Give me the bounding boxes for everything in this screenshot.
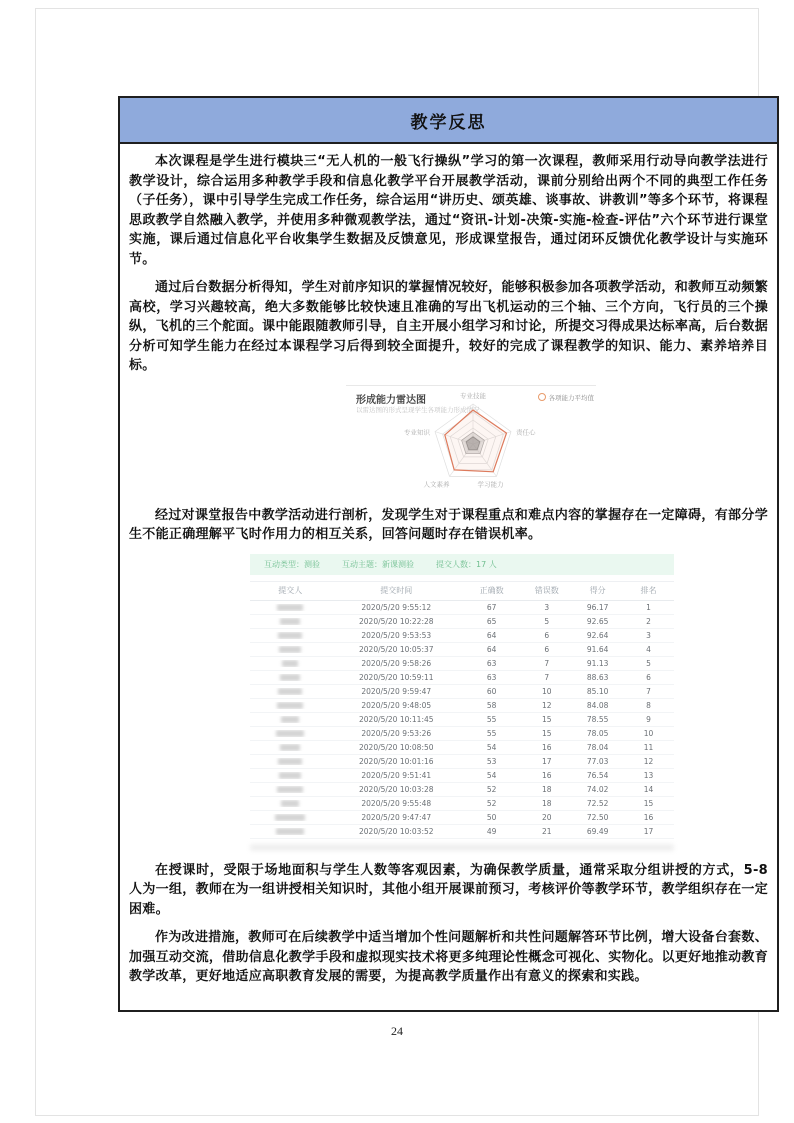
wrong-count: 18 xyxy=(521,785,572,794)
submit-time: 2020/5/20 9:58:26 xyxy=(331,659,462,668)
submit-time: 2020/5/20 9:53:26 xyxy=(331,729,462,738)
wrong-count: 5 xyxy=(521,617,572,626)
score: 84.08 xyxy=(572,701,623,710)
rank: 6 xyxy=(623,673,674,682)
quiz-table-header: 提交人提交时间正确数错误数得分排名 xyxy=(250,582,674,601)
paragraph-teaching-constraints: 在授课时，受限于场地面积与学生人数等客观因素，为确保教学质量，通常采取分组讲授的… xyxy=(129,861,768,920)
submitter-name-redacted xyxy=(250,758,331,765)
radar-plot: 专业技能责任心学习能力人文素养专业知识 xyxy=(346,386,596,498)
submit-time: 2020/5/20 10:05:37 xyxy=(331,645,462,654)
wrong-count: 12 xyxy=(521,701,572,710)
rank: 4 xyxy=(623,645,674,654)
table-row: 2020/5/20 9:53:26551578.0510 xyxy=(250,727,674,741)
column-header: 排名 xyxy=(623,585,674,596)
document-page: 教学反思 本次课程是学生进行模块三“无人机的一般飞行操纵”学习的第一次课程，教师… xyxy=(0,0,794,1123)
wrong-count: 7 xyxy=(521,659,572,668)
paragraph-course-intro: 本次课程是学生进行模块三“无人机的一般飞行操纵”学习的第一次课程，教师采用行动导… xyxy=(129,152,768,269)
rank: 11 xyxy=(623,743,674,752)
wrong-count: 17 xyxy=(521,757,572,766)
rank: 7 xyxy=(623,687,674,696)
table-row: 2020/5/20 10:11:45551578.559 xyxy=(250,713,674,727)
wrong-count: 15 xyxy=(521,715,572,724)
correct-count: 64 xyxy=(462,645,521,654)
correct-count: 60 xyxy=(462,687,521,696)
quiz-topic-label: 互动主题：新课测验 xyxy=(342,559,414,570)
score: 77.03 xyxy=(572,757,623,766)
svg-text:专业知识: 专业知识 xyxy=(404,427,431,436)
table-row: 2020/5/20 9:59:47601085.107 xyxy=(250,685,674,699)
wrong-count: 18 xyxy=(521,799,572,808)
submitter-name-redacted xyxy=(250,632,331,639)
correct-count: 63 xyxy=(462,659,521,668)
submitter-name-redacted xyxy=(250,800,331,807)
table-row: 2020/5/20 10:03:28521874.0214 xyxy=(250,783,674,797)
submitter-name-redacted xyxy=(250,786,331,793)
table-row: 2020/5/20 9:55:48521872.5215 xyxy=(250,797,674,811)
submitter-name-redacted xyxy=(250,828,331,835)
submit-time: 2020/5/20 10:03:28 xyxy=(331,785,462,794)
score: 76.54 xyxy=(572,771,623,780)
correct-count: 52 xyxy=(462,785,521,794)
table-row: 2020/5/20 10:03:52492169.4917 xyxy=(250,825,674,839)
radar-chart: 形成能力雷达图 以雷达图的形式呈现学生各项能力形成情况 各项能力平均值 专业技能… xyxy=(346,385,596,498)
table-row: 2020/5/20 9:53:5364692.643 xyxy=(250,629,674,643)
submitter-name-redacted xyxy=(250,744,331,751)
submit-time: 2020/5/20 10:03:52 xyxy=(331,827,462,836)
submitter-name-redacted xyxy=(250,674,331,681)
svg-text:责任心: 责任心 xyxy=(516,427,536,436)
paragraph-report-analysis: 经过对课堂报告中教学活动进行剖析，发现学生对于课程重点和难点内容的掌握存在一定障… xyxy=(129,506,768,545)
table-row: 2020/5/20 9:58:2663791.135 xyxy=(250,657,674,671)
quiz-type-label: 互动类型：测验 xyxy=(264,559,320,570)
score: 96.17 xyxy=(572,603,623,612)
rank: 12 xyxy=(623,757,674,766)
submitter-name-redacted xyxy=(250,604,331,611)
submit-time: 2020/5/20 9:51:41 xyxy=(331,771,462,780)
table-row: 2020/5/20 9:48:05581284.088 xyxy=(250,699,674,713)
submit-time: 2020/5/20 9:55:48 xyxy=(331,799,462,808)
table-row: 2020/5/20 10:05:3764691.644 xyxy=(250,643,674,657)
correct-count: 63 xyxy=(462,673,521,682)
score: 91.13 xyxy=(572,659,623,668)
score: 88.63 xyxy=(572,673,623,682)
submit-time: 2020/5/20 10:01:16 xyxy=(331,757,462,766)
score: 72.50 xyxy=(572,813,623,822)
wrong-count: 21 xyxy=(521,827,572,836)
wrong-count: 3 xyxy=(521,603,572,612)
column-header: 提交时间 xyxy=(331,585,462,596)
score: 92.65 xyxy=(572,617,623,626)
column-header: 提交人 xyxy=(250,585,331,596)
correct-count: 67 xyxy=(462,603,521,612)
submit-time: 2020/5/20 10:11:45 xyxy=(331,715,462,724)
submit-time: 2020/5/20 10:08:50 xyxy=(331,743,462,752)
section-header: 教学反思 xyxy=(120,98,777,144)
quiz-table-body: 2020/5/20 9:55:1267396.1712020/5/20 10:2… xyxy=(250,601,674,839)
correct-count: 65 xyxy=(462,617,521,626)
correct-count: 54 xyxy=(462,771,521,780)
score: 78.04 xyxy=(572,743,623,752)
score: 78.05 xyxy=(572,729,623,738)
rank: 16 xyxy=(623,813,674,822)
submit-time: 2020/5/20 9:48:05 xyxy=(331,701,462,710)
correct-count: 58 xyxy=(462,701,521,710)
wrong-count: 16 xyxy=(521,771,572,780)
submitter-name-redacted xyxy=(250,716,331,723)
reflection-body: 本次课程是学生进行模块三“无人机的一般飞行操纵”学习的第一次课程，教师采用行动导… xyxy=(120,144,777,1010)
column-header: 错误数 xyxy=(521,585,572,596)
wrong-count: 16 xyxy=(521,743,572,752)
column-header: 正确数 xyxy=(462,585,521,596)
rank: 2 xyxy=(623,617,674,626)
quiz-info-bar: 互动类型：测验 互动主题：新课测验 提交人数：17 人 xyxy=(250,554,674,575)
svg-text:学习能力: 学习能力 xyxy=(478,479,504,488)
wrong-count: 7 xyxy=(521,673,572,682)
submitter-name-redacted xyxy=(250,618,331,625)
submit-time: 2020/5/20 9:47:47 xyxy=(331,813,462,822)
table-row: 2020/5/20 10:59:1163788.636 xyxy=(250,671,674,685)
submitter-name-redacted xyxy=(250,702,331,709)
score: 91.64 xyxy=(572,645,623,654)
submitter-name-redacted xyxy=(250,772,331,779)
submit-time: 2020/5/20 9:53:53 xyxy=(331,631,462,640)
rank: 3 xyxy=(623,631,674,640)
score: 72.52 xyxy=(572,799,623,808)
reflection-table: 教学反思 本次课程是学生进行模块三“无人机的一般飞行操纵”学习的第一次课程，教师… xyxy=(118,96,779,1012)
submitter-name-redacted xyxy=(250,688,331,695)
correct-count: 54 xyxy=(462,743,521,752)
correct-count: 55 xyxy=(462,729,521,738)
submit-time: 2020/5/20 10:59:11 xyxy=(331,673,462,682)
correct-count: 55 xyxy=(462,715,521,724)
table-row: 2020/5/20 10:22:2865592.652 xyxy=(250,615,674,629)
rank: 9 xyxy=(623,715,674,724)
quiz-report: 互动类型：测验 互动主题：新课测验 提交人数：17 人 提交人提交时间正确数错误… xyxy=(250,554,674,851)
rank: 8 xyxy=(623,701,674,710)
wrong-count: 6 xyxy=(521,631,572,640)
correct-count: 64 xyxy=(462,631,521,640)
quiz-table: 提交人提交时间正确数错误数得分排名 2020/5/20 9:55:1267396… xyxy=(250,581,674,839)
rank: 14 xyxy=(623,785,674,794)
score: 85.10 xyxy=(572,687,623,696)
submit-time: 2020/5/20 10:22:28 xyxy=(331,617,462,626)
table-row: 2020/5/20 9:47:47502072.5016 xyxy=(250,811,674,825)
score: 69.49 xyxy=(572,827,623,836)
svg-text:人文素养: 人文素养 xyxy=(424,479,451,488)
score: 78.55 xyxy=(572,715,623,724)
submit-time: 2020/5/20 9:55:12 xyxy=(331,603,462,612)
quiz-count-label: 提交人数：17 人 xyxy=(436,559,497,570)
wrong-count: 10 xyxy=(521,687,572,696)
paragraph-improvements: 作为改进措施，教师可在后续教学中适当增加个性问题解析和共性问题解答环节比例，增大… xyxy=(129,928,768,987)
score: 74.02 xyxy=(572,785,623,794)
correct-count: 53 xyxy=(462,757,521,766)
submitter-name-redacted xyxy=(250,814,331,821)
paragraph-data-analysis: 通过后台数据分析得知，学生对前序知识的掌握情况较好，能够积极参加各项教学活动，和… xyxy=(129,278,768,376)
correct-count: 49 xyxy=(462,827,521,836)
blurred-footer xyxy=(250,844,674,851)
rank: 10 xyxy=(623,729,674,738)
correct-count: 52 xyxy=(462,799,521,808)
wrong-count: 15 xyxy=(521,729,572,738)
table-row: 2020/5/20 10:08:50541678.0411 xyxy=(250,741,674,755)
table-row: 2020/5/20 9:51:41541676.5413 xyxy=(250,769,674,783)
wrong-count: 20 xyxy=(521,813,572,822)
submit-time: 2020/5/20 9:59:47 xyxy=(331,687,462,696)
page-title: 教学反思 xyxy=(411,108,487,133)
score: 92.64 xyxy=(572,631,623,640)
rank: 17 xyxy=(623,827,674,836)
submitter-name-redacted xyxy=(250,730,331,737)
submitter-name-redacted xyxy=(250,660,331,667)
rank: 13 xyxy=(623,771,674,780)
correct-count: 50 xyxy=(462,813,521,822)
rank: 15 xyxy=(623,799,674,808)
svg-text:专业技能: 专业技能 xyxy=(460,391,487,400)
wrong-count: 6 xyxy=(521,645,572,654)
page-number: 24 xyxy=(0,1024,794,1039)
table-row: 2020/5/20 10:01:16531777.0312 xyxy=(250,755,674,769)
rank: 5 xyxy=(623,659,674,668)
rank: 1 xyxy=(623,603,674,612)
table-row: 2020/5/20 9:55:1267396.171 xyxy=(250,601,674,615)
submitter-name-redacted xyxy=(250,646,331,653)
column-header: 得分 xyxy=(572,585,623,596)
